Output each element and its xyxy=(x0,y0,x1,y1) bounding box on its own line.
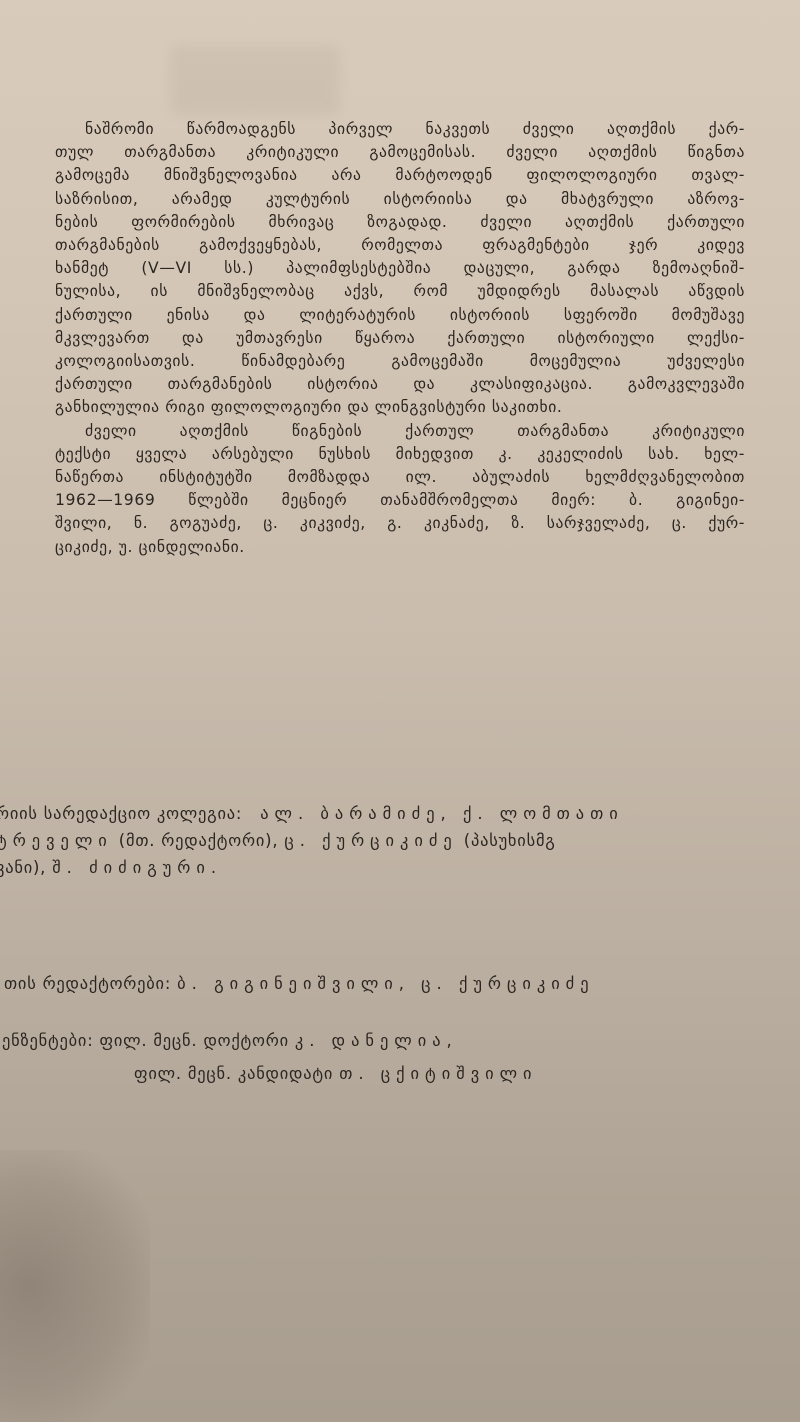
reviewers: ენზენტები: ფილ. მეცნ. დოქტორი კ. დანელია… xyxy=(2,1024,538,1090)
editorial-board-label: რიის სარედაქციო კოლეგია: xyxy=(0,804,242,823)
abstract-line: ნაშრომი წარმოადგენს პირველ ნაკვეთს ძველი… xyxy=(55,118,745,141)
reviewer-title: ფილ. მეცნ. კანდიდატი xyxy=(134,1064,333,1083)
abstract-line: ქართული ენისა და ლიტერატურის ისტორიის სფ… xyxy=(55,304,745,327)
abstract-line: საზრისით, არამედ კულტურის ისტორიისა და მ… xyxy=(55,188,745,211)
abstract-line: შვილი, ნ. გოგუაძე, ც. კიკვიძე, გ. კიკნაძ… xyxy=(55,512,745,535)
chief-editor-role: (მთ. რედაქტორი), xyxy=(119,831,279,850)
reviewer-line: ენზენტები: ფილ. მეცნ. დოქტორი კ. დანელია… xyxy=(2,1024,538,1057)
reviewer-name: თ. ცქიტიშვილი xyxy=(339,1064,537,1083)
editorial-board-line: ტრეველი (მთ. რედაქტორი), ც. ქურციკიძე (პ… xyxy=(0,827,800,854)
abstract-line: ძველი აღთქმის წიგნების ქართულ თარგმანთა … xyxy=(55,420,745,443)
abstract-line: ნაწერთა ინსტიტუტში მომზადდა ილ. აბულაძის… xyxy=(55,466,745,489)
abstract-line: გამოცემა მნიშვნელოვანია არა მარტოოდენ ფი… xyxy=(55,164,745,187)
hand-shadow xyxy=(0,1150,150,1422)
volume-editors: თის რედაქტორები: ბ. გიგინეიშვილი, ც. ქურ… xyxy=(4,974,595,993)
bleed-through-mark xyxy=(170,45,340,115)
volume-editors-names: ბ. გიგინეიშვილი, ც. ქურციკიძე xyxy=(177,974,594,993)
editorial-board-line: რიის სარედაქციო კოლეგია: ალ. ბარამიძე, ქ… xyxy=(0,800,800,827)
responsible-secretary-role-end: ვანი), xyxy=(0,858,46,877)
chief-editor-name: ტრეველი xyxy=(0,831,113,850)
abstract-line: ქართული თარგმანების ისტორია და კლასიფიკა… xyxy=(55,373,745,396)
editorial-board-line: ვანი), შ. ძიძიგური. xyxy=(0,854,800,881)
board-member-name: შ. ძიძიგური. xyxy=(52,858,222,877)
reviewer-name: კ. დანელია, xyxy=(295,1031,458,1050)
abstract-line: ნების ფორმირების მხრივაც ზოგადად. ძველი … xyxy=(55,211,745,234)
reviewers-label: ენზენტები: xyxy=(2,1031,94,1050)
abstract-line: თულ თარგმანთა კრიტიკული გამოცემისას. ძვე… xyxy=(55,141,745,164)
abstract-line: ნულისა, ის მნიშვნელობაც აქვს, რომ უმდიდრ… xyxy=(55,280,745,303)
abstract: ნაშრომი წარმოადგენს პირველ ნაკვეთს ძველი… xyxy=(55,118,745,559)
abstract-line: ხანმეტ (V—VI სს.) პალიმფსესტებშია დაცული… xyxy=(55,257,745,280)
abstract-line: კოლოგიისათვის. წინამდებარე გამოცემაში მო… xyxy=(55,350,745,373)
abstract-line: 1962—1969 წლებში მეცნიერ თანამშრომელთა მ… xyxy=(55,489,745,512)
volume-editors-label: თის რედაქტორები: xyxy=(4,974,171,993)
responsible-secretary-name: ც. ქურციკიძე xyxy=(284,831,457,850)
responsible-secretary-role: (პასუხისმგ xyxy=(464,831,556,850)
abstract-line: განხილულია რიგი ფილოლოგიური და ლინგვისტუ… xyxy=(55,396,745,419)
editorial-board-names: ალ. ბარამიძე, ქ. ლომთათი xyxy=(260,804,624,823)
reviewer-line: ფილ. მეცნ. კანდიდატი თ. ცქიტიშვილი xyxy=(2,1057,538,1090)
abstract-line: თარგმანების გამოქვეყნებას, რომელთა ფრაგმ… xyxy=(55,234,745,257)
editorial-board: რიის სარედაქციო კოლეგია: ალ. ბარამიძე, ქ… xyxy=(0,800,800,881)
abstract-line: ტექსტი ყველა არსებული ნუსხის მიხედვით კ.… xyxy=(55,443,745,466)
abstract-line: ციკიძე, უ. ცინდელიანი. xyxy=(55,536,745,559)
abstract-line: მკვლევართ და უმთავრესი წყაროა ქართული ის… xyxy=(55,327,745,350)
reviewer-title: ფილ. მეცნ. დოქტორი xyxy=(100,1031,289,1050)
